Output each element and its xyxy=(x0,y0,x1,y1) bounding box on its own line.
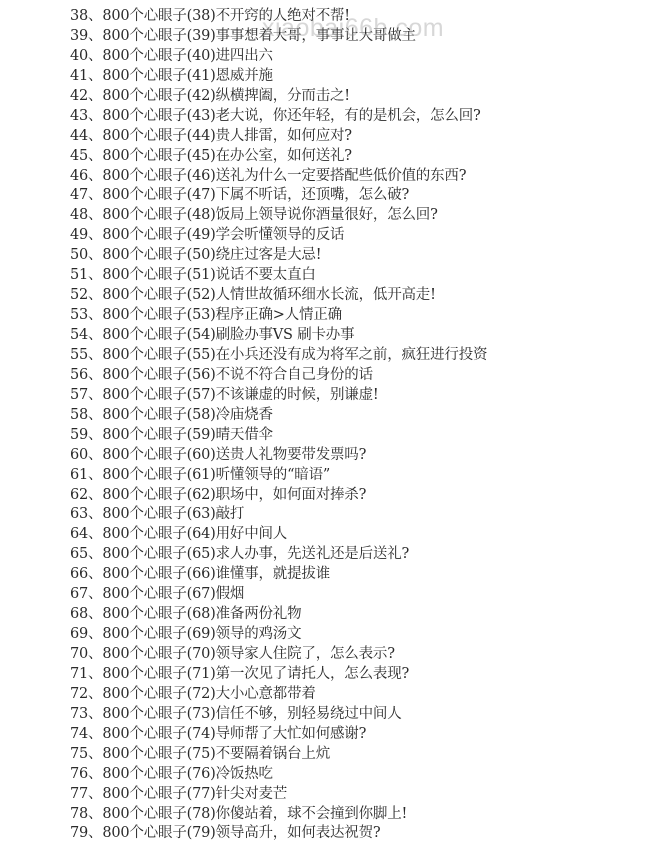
list-item: 53、800个心眼子(53)程序正确>人情正确 xyxy=(70,306,487,326)
list-item: 73、800个心眼子(73)信任不够，别轻易绕过中间人 xyxy=(70,705,487,725)
list-item: 68、800个心眼子(68)准备两份礼物 xyxy=(70,605,487,625)
list-item: 69、800个心眼子(69)领导的鸡汤文 xyxy=(70,625,487,645)
list-item: 64、800个心眼子(64)用好中间人 xyxy=(70,525,487,545)
list-item: 51、800个心眼子(51)说话不要太直白 xyxy=(70,266,487,286)
list-item: 70、800个心眼子(70)领导家人住院了，怎么表示? xyxy=(70,645,487,665)
item-list: 38、800个心眼子(38)不开窍的人绝对不帮! 39、800个心眼子(39)事… xyxy=(70,7,487,844)
list-item: 71、800个心眼子(71)第一次见了请托人，怎么表现? xyxy=(70,665,487,685)
list-item: 45、800个心眼子(45)在办公室，如何送礼? xyxy=(70,147,487,167)
list-item: 67、800个心眼子(67)假烟 xyxy=(70,585,487,605)
list-item: 42、800个心眼子(42)纵横捭阖，分而击之! xyxy=(70,87,487,107)
list-item: 78、800个心眼子(78)你傻站着，球不会撞到你脚上! xyxy=(70,805,487,825)
list-item: 56、800个心眼子(56)不说不符合自己身份的话 xyxy=(70,366,487,386)
list-item: 40、800个心眼子(40)进四出六 xyxy=(70,47,487,67)
list-item: 63、800个心眼子(63)敲打 xyxy=(70,505,487,525)
list-item: 39、800个心眼子(39)事事想着大哥，事事让大哥做主 xyxy=(70,27,487,47)
list-item: 61、800个心眼子(61)听懂领导的“暗语” xyxy=(70,466,487,486)
list-item: 65、800个心眼子(65)求人办事，先送礼还是后送礼? xyxy=(70,545,487,565)
list-item: 57、800个心眼子(57)不该谦虚的时候，别谦虚! xyxy=(70,386,487,406)
list-item: 49、800个心眼子(49)学会听懂领导的反话 xyxy=(70,226,487,246)
list-item: 52、800个心眼子(52)人情世故循环细水长流，低开高走! xyxy=(70,286,487,306)
list-item: 50、800个心眼子(50)绕庄过客是大忌! xyxy=(70,246,487,266)
list-item: 77、800个心眼子(77)针尖对麦芒 xyxy=(70,785,487,805)
list-item: 66、800个心眼子(66)谁懂事，就提拔谁 xyxy=(70,565,487,585)
list-item: 48、800个心眼子(48)饭局上领导说你酒量很好，怎么回? xyxy=(70,206,487,226)
list-item: 58、800个心眼子(58)冷庙烧香 xyxy=(70,406,487,426)
list-item: 38、800个心眼子(38)不开窍的人绝对不帮! xyxy=(70,7,487,27)
list-item: 43、800个心眼子(43)老大说，你还年轻，有的是机会，怎么回? xyxy=(70,107,487,127)
list-item: 60、800个心眼子(60)送贵人礼物要带发票吗? xyxy=(70,446,487,466)
list-item: 55、800个心眼子(55)在小兵还没有成为将军之前，疯狂进行投资 xyxy=(70,346,487,366)
list-item: 79、800个心眼子(79)领导高升，如何表达祝贺? xyxy=(70,824,487,844)
list-item: 47、800个心眼子(47)下属不听话，还顶嘴，怎么破? xyxy=(70,186,487,206)
list-item: 44、800个心眼子(44)贵人排雷，如何应对? xyxy=(70,127,487,147)
list-item: 72、800个心眼子(72)大小心意都带着 xyxy=(70,685,487,705)
list-item: 41、800个心眼子(41)恩威并施 xyxy=(70,67,487,87)
list-item: 75、800个心眼子(75)不要隔着锅台上炕 xyxy=(70,745,487,765)
list-item: 59、800个心眼子(59)晴天借伞 xyxy=(70,426,487,446)
list-item: 74、800个心眼子(74)导师帮了大忙如何感谢? xyxy=(70,725,487,745)
list-item: 46、800个心眼子(46)送礼为什么一定要搭配些低价值的东西? xyxy=(70,167,487,187)
list-item: 62、800个心眼子(62)职场中，如何面对捧杀? xyxy=(70,486,487,506)
list-item: 76、800个心眼子(76)冷饭热吃 xyxy=(70,765,487,785)
list-item: 54、800个心眼子(54)刷脸办事VS 刷卡办事 xyxy=(70,326,487,346)
